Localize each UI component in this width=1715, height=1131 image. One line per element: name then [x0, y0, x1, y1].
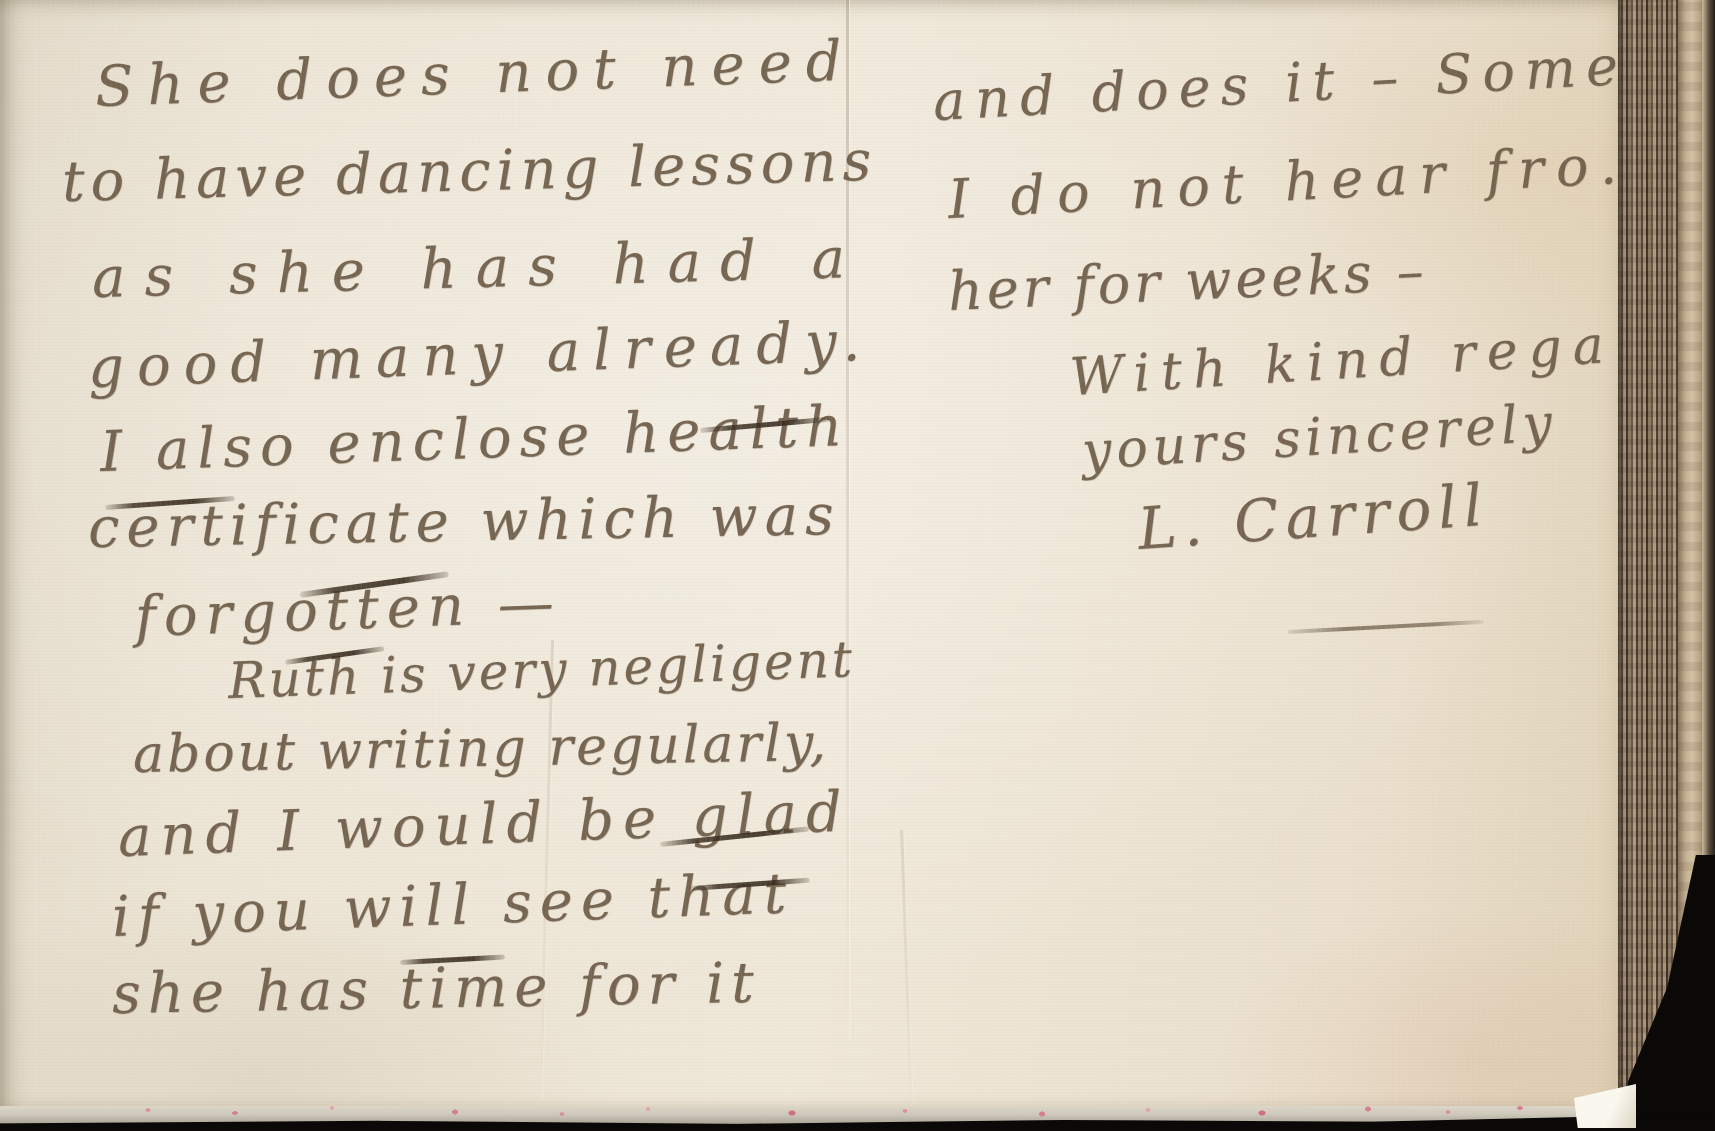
handwriting-line: if you will see that [111, 861, 795, 950]
handwriting-line: and I would be glad [117, 779, 852, 870]
handwriting-line: yours sincerely [1080, 393, 1558, 482]
signature-underline [1288, 620, 1484, 634]
handwriting-line: as she has had a [91, 226, 865, 311]
handwriting-line: I also enclose health [99, 394, 851, 485]
handwriting-line: to have dancing lessons [61, 129, 878, 215]
photograph-of-letter-page: She does not needto have dancing lessons… [0, 0, 1715, 1131]
handwriting-line: She does not need [94, 28, 857, 120]
page-edge-striations [1618, 0, 1680, 1131]
handwriting-line: L. Carroll [1136, 471, 1492, 563]
handwriting-line: forgotten — [134, 570, 563, 650]
letter-page: She does not needto have dancing lessons… [0, 0, 1628, 1114]
handwriting-line: her for weeks – [947, 239, 1429, 323]
handwriting-line: I do not hear fro. [946, 132, 1630, 231]
red-edge-speckles [0, 1094, 1640, 1120]
handwriting-line: and does it – Some. [931, 32, 1656, 133]
handwriting-line: good many already. [87, 309, 874, 401]
handwriting-line: about writing regularly, [132, 713, 829, 785]
handwriting-line: certificate which was [87, 483, 841, 561]
handwriting-line: With kind regar [1068, 313, 1652, 408]
paper-crease [900, 830, 913, 1110]
